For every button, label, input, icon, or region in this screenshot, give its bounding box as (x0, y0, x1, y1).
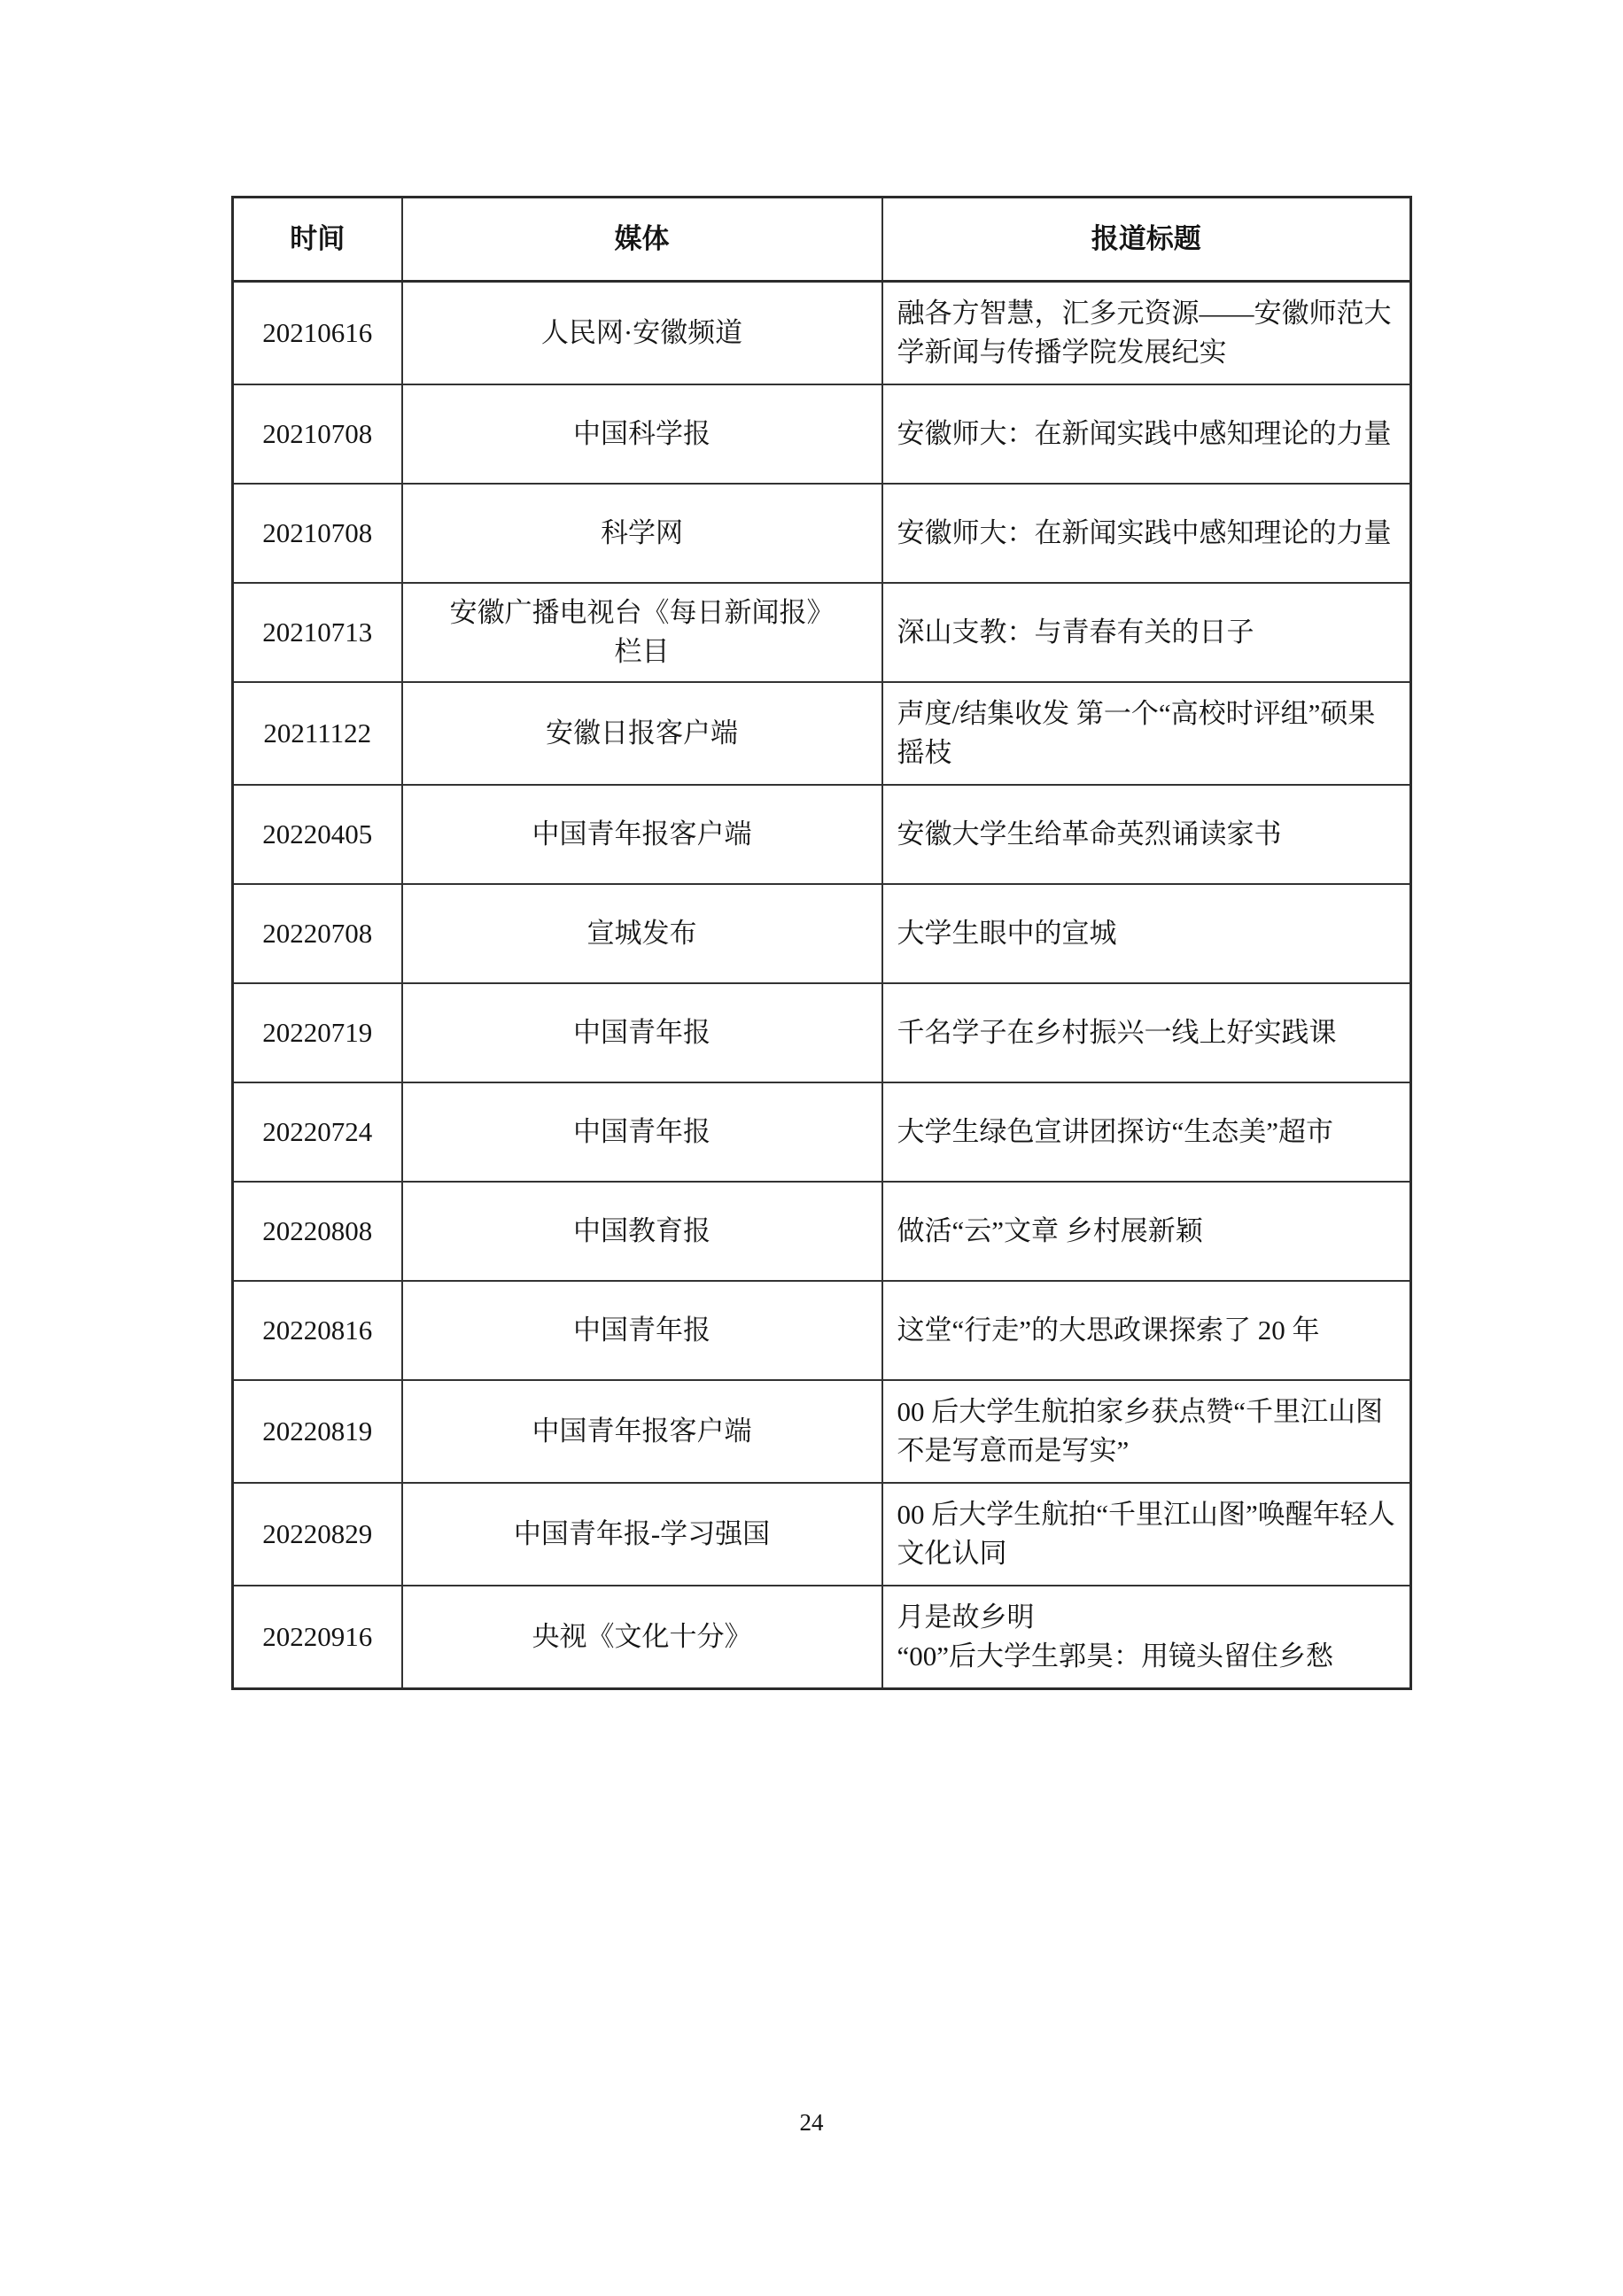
media-cell: 中国青年报-学习强国 (402, 1483, 882, 1586)
time-cell: 20220405 (233, 785, 402, 884)
table-row: 20220708 宣城发布 大学生眼中的宣城 (233, 884, 1411, 983)
title-cell: 00 后大学生航拍家乡获点赞“千里江山图不是写意而是写实” (882, 1380, 1411, 1483)
time-cell: 20210708 (233, 384, 402, 484)
title-cell: 深山支教：与青春有关的日子 (882, 583, 1411, 682)
title-cell: 安徽师大：在新闻实践中感知理论的力量 (882, 484, 1411, 583)
media-cell: 央视《文化十分》 (402, 1586, 882, 1689)
time-cell: 20220808 (233, 1182, 402, 1281)
time-cell: 20220819 (233, 1380, 402, 1483)
table-row: 20211122 安徽日报客户端 声度/结集收发 第一个“高校时评组”硕果摇枝 (233, 682, 1411, 785)
title-cell: 声度/结集收发 第一个“高校时评组”硕果摇枝 (882, 682, 1411, 785)
time-cell: 20210708 (233, 484, 402, 583)
time-cell: 20210713 (233, 583, 402, 682)
title-cell: 这堂“行走”的大思政课探索了 20 年 (882, 1281, 1411, 1380)
table-row: 20220829 中国青年报-学习强国 00 后大学生航拍“千里江山图”唤醒年轻… (233, 1483, 1411, 1586)
title-cell: 做活“云”文章 乡村展新颖 (882, 1182, 1411, 1281)
table-row: 20220808 中国教育报 做活“云”文章 乡村展新颖 (233, 1182, 1411, 1281)
header-title: 报道标题 (882, 198, 1411, 282)
table-header-row: 时间 媒体 报道标题 (233, 198, 1411, 282)
media-cell: 中国青年报客户端 (402, 1380, 882, 1483)
title-cell: 安徽师大：在新闻实践中感知理论的力量 (882, 384, 1411, 484)
table-row: 20210708 中国科学报 安徽师大：在新闻实践中感知理论的力量 (233, 384, 1411, 484)
table-row: 20220916 央视《文化十分》 月是故乡明 “00”后大学生郭昊：用镜头留住… (233, 1586, 1411, 1689)
media-cell: 中国青年报客户端 (402, 785, 882, 884)
time-cell: 20211122 (233, 682, 402, 785)
table-row: 20210616 人民网·安徽频道 融各方智慧，汇多元资源——安徽师范大学新闻与… (233, 282, 1411, 385)
media-report-table-container: 时间 媒体 报道标题 20210616 人民网·安徽频道 融各方智慧，汇多元资源… (231, 196, 1409, 1690)
table-row: 20220819 中国青年报客户端 00 后大学生航拍家乡获点赞“千里江山图不是… (233, 1380, 1411, 1483)
media-report-table: 时间 媒体 报道标题 20210616 人民网·安徽频道 融各方智慧，汇多元资源… (231, 196, 1412, 1690)
time-cell: 20220719 (233, 983, 402, 1082)
table-row: 20220719 中国青年报 千名学子在乡村振兴一线上好实践课 (233, 983, 1411, 1082)
table-row: 20220724 中国青年报 大学生绿色宣讲团探访“生态美”超市 (233, 1082, 1411, 1182)
media-cell: 中国教育报 (402, 1182, 882, 1281)
header-time: 时间 (233, 198, 402, 282)
media-cell: 中国青年报 (402, 983, 882, 1082)
title-cell: 00 后大学生航拍“千里江山图”唤醒年轻人文化认同 (882, 1483, 1411, 1586)
report-table-body: 20210616 人民网·安徽频道 融各方智慧，汇多元资源——安徽师范大学新闻与… (233, 282, 1411, 1689)
media-cell: 宣城发布 (402, 884, 882, 983)
title-cell: 融各方智慧，汇多元资源——安徽师范大学新闻与传播学院发展纪实 (882, 282, 1411, 385)
title-cell: 月是故乡明 “00”后大学生郭昊：用镜头留住乡愁 (882, 1586, 1411, 1689)
time-cell: 20220829 (233, 1483, 402, 1586)
table-row: 20210708 科学网 安徽师大：在新闻实践中感知理论的力量 (233, 484, 1411, 583)
media-cell: 安徽广播电视台《每日新闻报》 栏目 (402, 583, 882, 682)
media-cell: 中国青年报 (402, 1281, 882, 1380)
media-cell: 科学网 (402, 484, 882, 583)
document-page: 时间 媒体 报道标题 20210616 人民网·安徽频道 融各方智慧，汇多元资源… (0, 0, 1623, 2296)
title-cell: 千名学子在乡村振兴一线上好实践课 (882, 983, 1411, 1082)
title-cell: 大学生绿色宣讲团探访“生态美”超市 (882, 1082, 1411, 1182)
time-cell: 20210616 (233, 282, 402, 385)
media-cell: 中国青年报 (402, 1082, 882, 1182)
media-cell: 安徽日报客户端 (402, 682, 882, 785)
time-cell: 20220916 (233, 1586, 402, 1689)
table-row: 20220405 中国青年报客户端 安徽大学生给革命英烈诵读家书 (233, 785, 1411, 884)
table-row: 20210713 安徽广播电视台《每日新闻报》 栏目 深山支教：与青春有关的日子 (233, 583, 1411, 682)
media-cell: 中国科学报 (402, 384, 882, 484)
time-cell: 20220724 (233, 1082, 402, 1182)
time-cell: 20220708 (233, 884, 402, 983)
title-cell: 大学生眼中的宣城 (882, 884, 1411, 983)
table-row: 20220816 中国青年报 这堂“行走”的大思政课探索了 20 年 (233, 1281, 1411, 1380)
header-media: 媒体 (402, 198, 882, 282)
media-cell: 人民网·安徽频道 (402, 282, 882, 385)
title-cell: 安徽大学生给革命英烈诵读家书 (882, 785, 1411, 884)
time-cell: 20220816 (233, 1281, 402, 1380)
page-number: 24 (0, 2109, 1623, 2137)
